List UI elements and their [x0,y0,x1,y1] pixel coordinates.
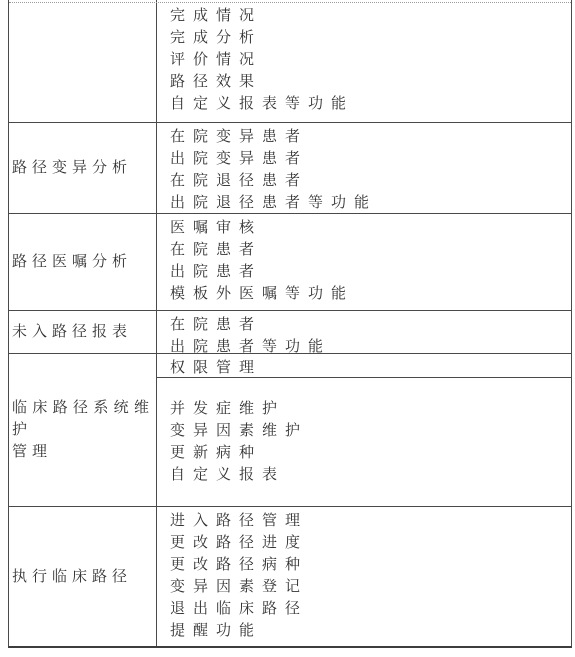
features-cell: 进入路径管理 更改路径进度 更改路径病种 变异因素登记 退出临床路径 提醒功能 [157,506,571,646]
feature-item: 更改路径进度 [170,532,563,554]
feature-item: 变异因素登记 [170,576,563,598]
feature-item: 提醒功能 [170,620,563,642]
feature-item: 完成情况 [170,5,563,27]
feature-item: 在院变异患者 [170,126,563,148]
feature-item: 在院患者 [170,239,563,261]
feature-item: 自定义报表等功能 [170,93,563,115]
features-cell: 在院患者 出院患者等功能 [157,310,571,353]
category-cell: 执行临床路径 [9,506,157,646]
feature-item: 出院变异患者 [170,148,563,170]
features-cell: 完成情况 完成分析 评价情况 路径效果 自定义报表等功能 [157,0,571,122]
feature-item: 评价情况 [170,49,563,71]
feature-item: 在院退径患者 [170,170,563,192]
feature-item: 变异因素维护 [170,420,563,442]
feature-item: 更新病种 [170,442,563,464]
features-cell: 权限管理 [157,353,571,377]
feature-item: 权限管理 [170,357,563,377]
feature-item: 进入路径管理 [170,510,563,532]
feature-item: 在院患者 [170,314,563,336]
category-cell: 路径变异分析 [9,122,157,213]
features-cell: 在院变异患者 出院变异患者 在院退径患者 出院退径患者等功能 [157,122,571,213]
features-table: 完成情况 完成分析 评价情况 路径效果 自定义报表等功能 路径变异分析 在院变异… [8,0,572,648]
page-break-dotted-line [9,2,571,3]
feature-item: 更改路径病种 [170,554,563,576]
feature-item: 自定义报表 [170,464,563,486]
category-cell: 临床路径系统维护 管理 [9,353,157,506]
category-cell: 未入路径报表 [9,310,157,353]
category-label: 执行临床路径 [12,566,132,588]
feature-item: 出院退径患者等功能 [170,192,563,213]
feature-item: 路径效果 [170,71,563,93]
feature-item: 出院患者等功能 [170,336,563,353]
feature-item: 医嘱审核 [170,217,563,239]
category-label-line1: 临床路径系统维护 [12,397,154,441]
category-cell-empty [9,0,157,122]
feature-item: 并发症维护 [170,398,563,420]
table-grid: 完成情况 完成分析 评价情况 路径效果 自定义报表等功能 路径变异分析 在院变异… [9,0,571,646]
features-cell: 并发症维护 变异因素维护 更新病种 自定义报表 [157,377,571,506]
feature-item: 模板外医嘱等功能 [170,283,563,305]
features-cell: 医嘱审核 在院患者 出院患者 模板外医嘱等功能 [157,213,571,310]
category-label: 路径变异分析 [12,157,132,179]
category-label: 未入路径报表 [12,321,132,343]
category-label-line2: 管理 [12,441,154,463]
feature-item: 退出临床路径 [170,598,563,620]
category-cell: 路径医嘱分析 [9,213,157,310]
feature-item: 完成分析 [170,27,563,49]
category-label: 路径医嘱分析 [12,251,132,273]
feature-item: 出院患者 [170,261,563,283]
